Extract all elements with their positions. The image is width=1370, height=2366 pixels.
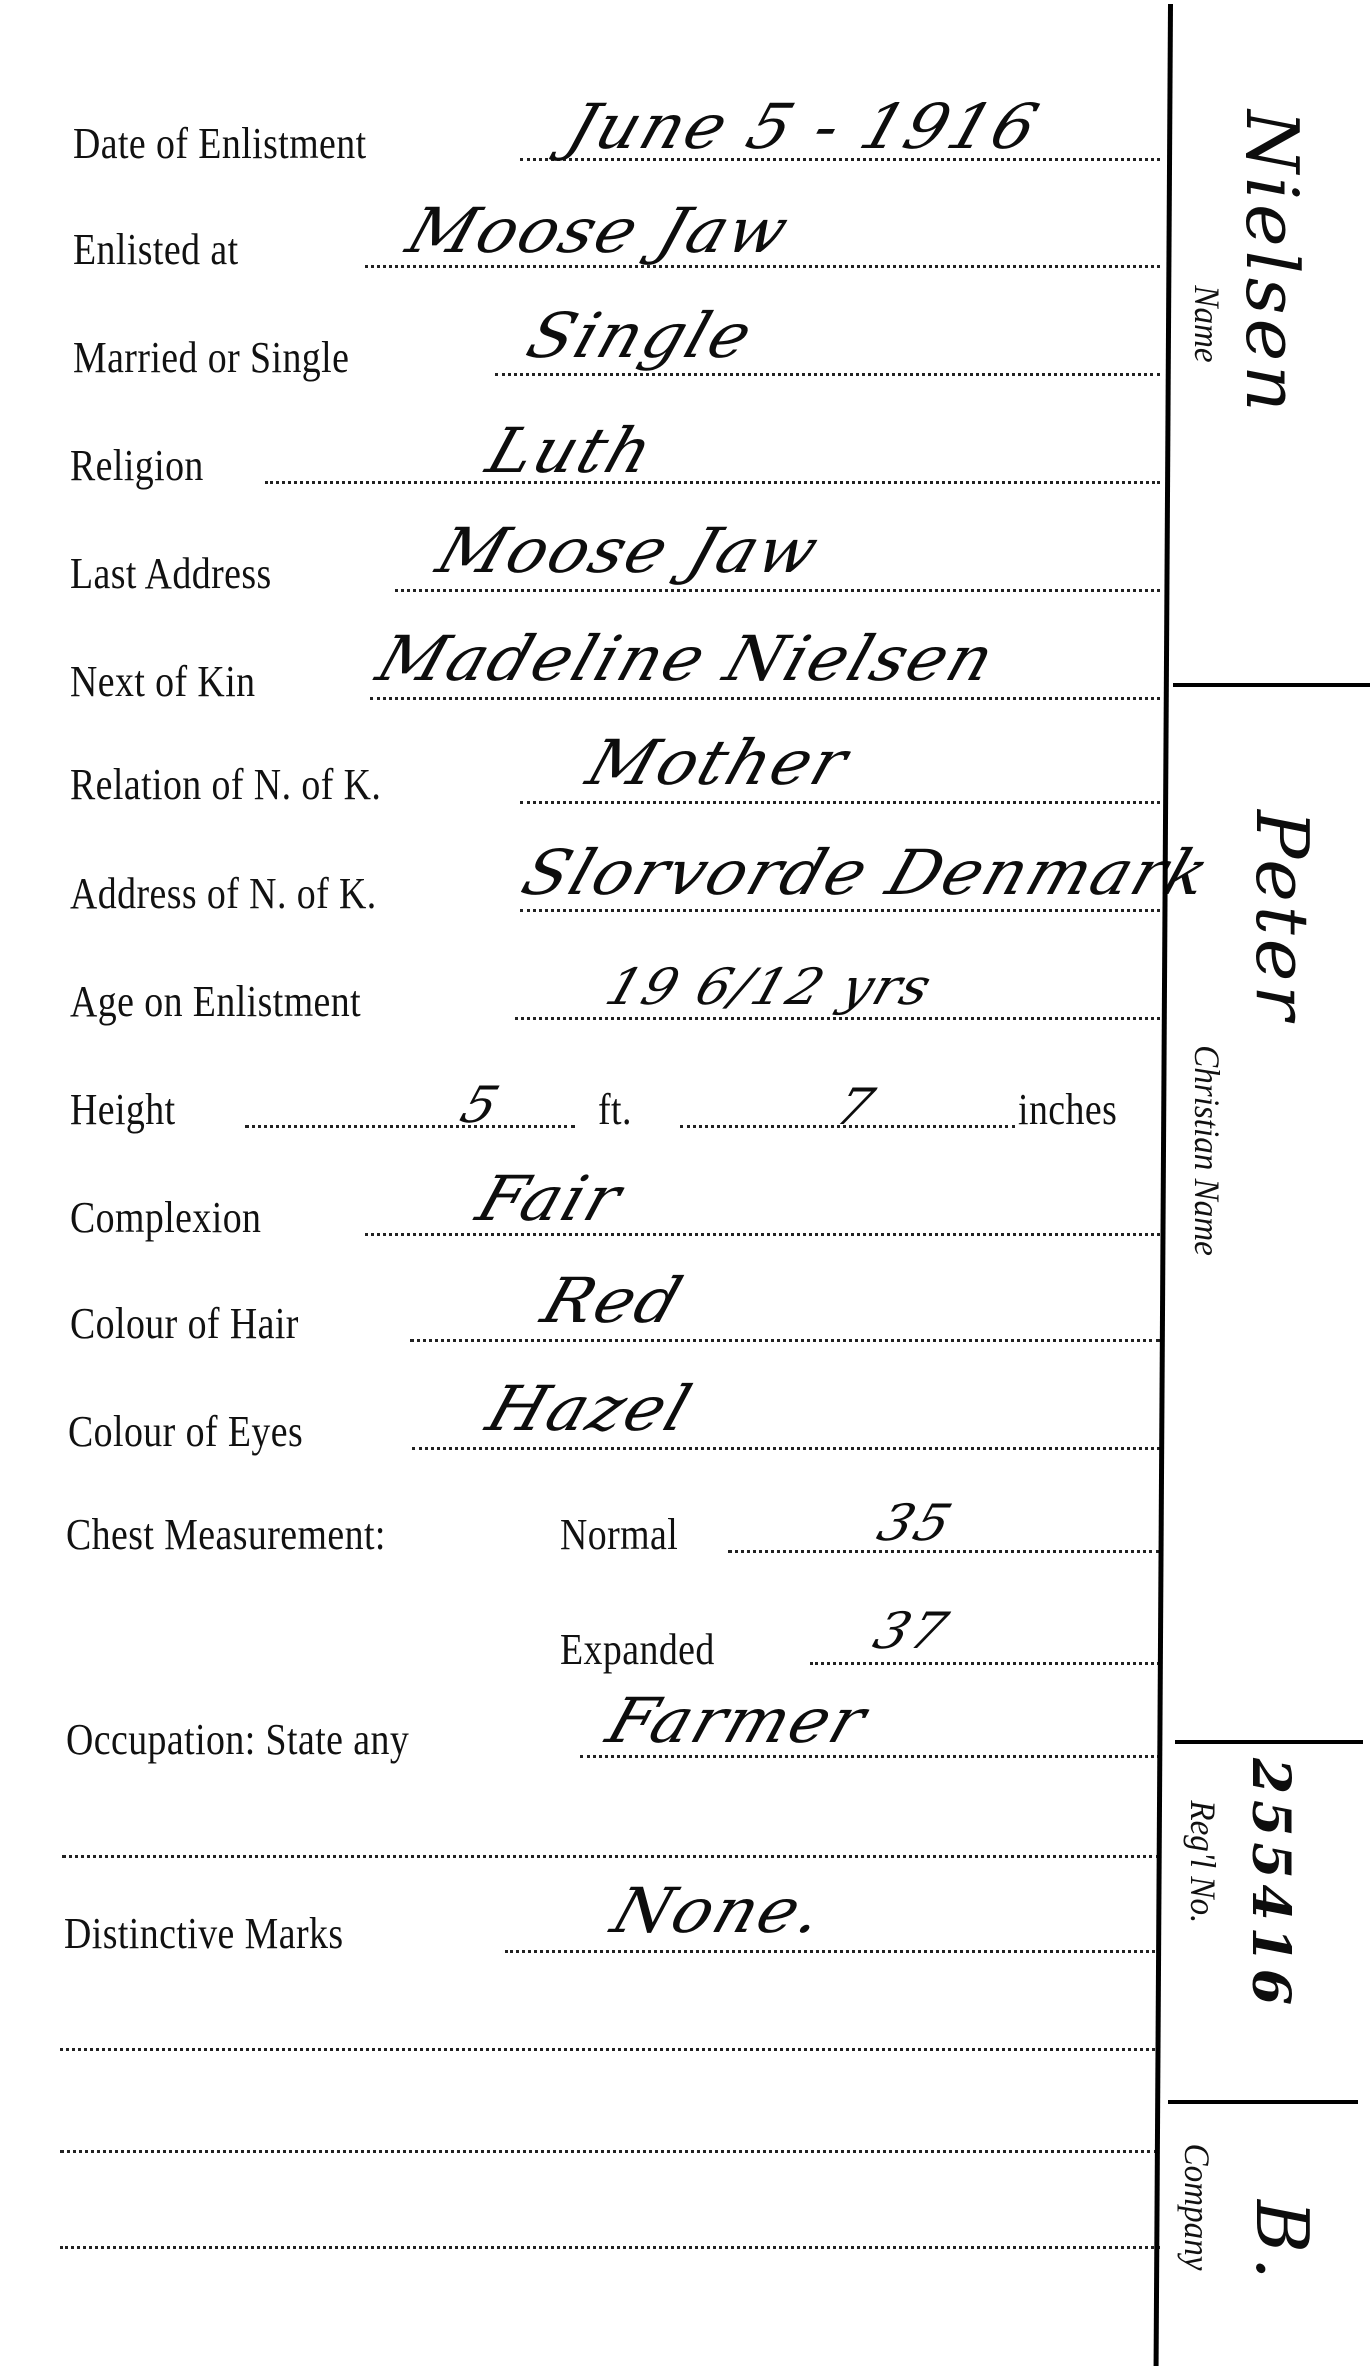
height-feet-value: 5 (455, 1080, 507, 1130)
chest-measurement-label: Chest Measurement: (66, 1513, 386, 1557)
name-label: Name (1186, 285, 1228, 362)
next-of-kin-line (370, 697, 1160, 700)
address-of-next-of-kin-line (520, 909, 1160, 912)
complexion-value: Fair (470, 1168, 630, 1230)
enlisted-at-label: Enlisted at (73, 228, 239, 272)
christian-name-value: Peter (1240, 810, 1324, 1024)
height-label: Height (70, 1088, 176, 1132)
company-label: Company (1176, 2144, 1218, 2271)
occupation-value: Farmer (600, 1690, 875, 1752)
colour-of-hair-label: Colour of Hair (70, 1302, 299, 1346)
distinctive-marks-value: None. (605, 1880, 833, 1942)
height-inches-label: inches (1018, 1088, 1117, 1132)
married-or-single-line (495, 373, 1160, 376)
chest-normal-value: 35 (872, 1498, 959, 1548)
height-ft-label: ft. (598, 1088, 632, 1132)
religion-label: Religion (70, 444, 204, 488)
age-on-enlistment-label: Age on Enlistment (70, 980, 361, 1024)
surname-value: Nielsen (1230, 110, 1314, 416)
chest-expanded-value: 37 (868, 1606, 955, 1656)
religion-value: Luth (480, 420, 662, 482)
column-divider-vertical (1154, 4, 1173, 2366)
address-of-next-of-kin-label: Address of N. of K. (70, 872, 377, 916)
colour-of-eyes-line (412, 1447, 1160, 1450)
age-on-enlistment-line (515, 1017, 1160, 1020)
age-on-enlistment-value: 19 6/12 yrs (600, 962, 939, 1012)
chest-normal-label: Normal (560, 1513, 678, 1557)
name-section-divider (1173, 683, 1370, 687)
blank-line-1 (60, 2048, 1155, 2051)
company-value: B. (1240, 2200, 1324, 2284)
relation-of-next-of-kin-line (520, 801, 1160, 804)
relation-of-next-of-kin-value: Mother (580, 732, 856, 794)
regimental-no-value: 255416 (1240, 1758, 1301, 2011)
regimental-no-section-divider (1168, 2100, 1358, 2104)
distinctive-marks-label: Distinctive Marks (64, 1912, 344, 1956)
colour-of-eyes-value: Hazel (480, 1378, 700, 1440)
next-of-kin-label: Next of Kin (70, 660, 255, 704)
chest-expanded-label: Expanded (560, 1628, 715, 1672)
attestation-card: Date of Enlistment June 5 - 1916 Enliste… (0, 0, 1370, 2366)
relation-of-next-of-kin-label: Relation of N. of K. (70, 763, 381, 807)
chest-normal-line (728, 1550, 1160, 1553)
enlisted-at-value: Moose Jaw (400, 200, 797, 262)
date-of-enlistment-value: June 5 - 1916 (560, 96, 1047, 158)
chest-expanded-line (810, 1662, 1160, 1665)
colour-of-eyes-label: Colour of Eyes (68, 1410, 303, 1454)
complexion-label: Complexion (70, 1196, 261, 1240)
regimental-no-label: Reg'l No. (1182, 1800, 1224, 1923)
date-of-enlistment-label: Date of Enlistment (73, 122, 367, 166)
occupation-continuation-line (62, 1855, 1160, 1858)
occupation-label: Occupation: State any (66, 1718, 409, 1762)
last-address-label: Last Address (70, 552, 272, 596)
christian-name-label: Christian Name (1186, 1045, 1228, 1256)
christian-name-section-divider (1175, 1740, 1363, 1744)
married-or-single-value: Single (520, 305, 761, 367)
blank-line-2 (60, 2150, 1158, 2153)
married-or-single-label: Married or Single (73, 336, 349, 380)
colour-of-hair-line (410, 1339, 1160, 1342)
address-of-next-of-kin-value: Slorvorde Denmark (515, 842, 1218, 904)
next-of-kin-value: Madeline Nielsen (370, 628, 1003, 690)
last-address-value: Moose Jaw (430, 520, 827, 582)
distinctive-marks-line (505, 1950, 1160, 1953)
blank-line-3 (60, 2246, 1160, 2249)
last-address-line (395, 589, 1160, 592)
religion-line (265, 481, 1160, 484)
colour-of-hair-value: Red (535, 1270, 691, 1332)
height-feet-line (245, 1125, 575, 1128)
